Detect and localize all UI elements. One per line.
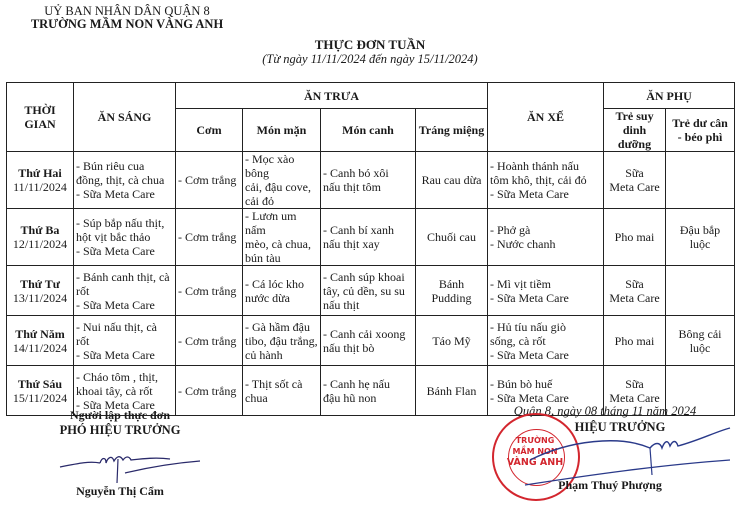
soup-cell: - Canh cải xoongnấu thịt bò <box>321 316 416 366</box>
overweight-cell: Bông cảiluộc <box>666 316 735 366</box>
afternoon-cell: - Phở gà- Nước chanh <box>488 209 604 266</box>
header-lunch: ĂN TRƯA <box>176 83 488 109</box>
table-row: Thứ Tư13/11/2024- Bánh canh thịt, càrốt-… <box>7 266 735 316</box>
malnourished-cell: SữaMeta Care <box>604 152 666 209</box>
header-dessert: Tráng miệng <box>416 109 488 152</box>
rice-cell: - Cơm trắng <box>176 209 243 266</box>
table-row: Thứ Hai11/11/2024- Bún riêu cuađồng, thị… <box>7 152 735 209</box>
header-afternoon: ĂN XẾ <box>488 83 604 152</box>
table-row: Thứ Ba12/11/2024- Súp bắp nấu thịt,hột v… <box>7 209 735 266</box>
breakfast-cell: - Bún riêu cuađồng, thịt, cà chua- Sữa M… <box>74 152 176 209</box>
date-range: (Từ ngày 11/11/2024 đến ngày 15/11/2024) <box>230 53 510 66</box>
header-main-dish: Món mặn <box>243 109 321 152</box>
dessert-cell: Rau cau dừa <box>416 152 488 209</box>
main-dish-cell: - Mọc xào bôngcải, đậu cove,cải đỏ <box>243 152 321 209</box>
day-cell: Thứ Hai11/11/2024 <box>7 152 74 209</box>
header-rice: Cơm <box>176 109 243 152</box>
breakfast-cell: - Bánh canh thịt, càrốt- Sữa Meta Care <box>74 266 176 316</box>
header-extra: ĂN PHỤ <box>604 83 735 109</box>
afternoon-cell: - Mì vịt tiềm- Sữa Meta Care <box>488 266 604 316</box>
weekly-menu-table: THỜIGIAN ĂN SÁNG ĂN TRƯA ĂN XẾ ĂN PHỤ Cơ… <box>6 82 735 416</box>
afternoon-cell: - Hủ tíu nấu giòsống, cà rốt- Sữa Meta C… <box>488 316 604 366</box>
overweight-cell: Đậu bắpluộc <box>666 209 735 266</box>
malnourished-cell: Pho mai <box>604 316 666 366</box>
main-dish-cell: - Cá lóc khonước dừa <box>243 266 321 316</box>
vice-principal-title: PHÓ HIỆU TRƯỞNG <box>40 423 200 437</box>
menu-author-label: Người lập thực đơn <box>40 408 200 422</box>
soup-cell: - Canh hẹ nấuđậu hũ non <box>321 366 416 416</box>
header-soup: Món canh <box>321 109 416 152</box>
breakfast-cell: - Nui nấu thịt, càrốt- Sữa Meta Care <box>74 316 176 366</box>
header-overweight: Trẻ dư cân- béo phì <box>666 109 735 152</box>
soup-cell: - Canh bí xanhnấu thịt xay <box>321 209 416 266</box>
main-dish-cell: - Lươn um nấmmèo, cà chua,bún tàu <box>243 209 321 266</box>
table-row: Thứ Năm14/11/2024- Nui nấu thịt, càrốt- … <box>7 316 735 366</box>
header-breakfast: ĂN SÁNG <box>74 83 176 152</box>
afternoon-cell: - Hoành thánh nấutôm khô, thịt, cải đỏ- … <box>488 152 604 209</box>
signature-left <box>55 445 205 485</box>
main-dish-cell: - Thịt sốt càchua <box>243 366 321 416</box>
principal-name: Phạm Thuý Phượng <box>510 478 710 492</box>
malnourished-cell: SữaMeta Care <box>604 266 666 316</box>
dessert-cell: Bánh Flan <box>416 366 488 416</box>
breakfast-cell: - Súp bắp nấu thịt,hột vịt bắc thảo- Sữa… <box>74 209 176 266</box>
rice-cell: - Cơm trắng <box>176 152 243 209</box>
day-cell: Thứ Ba12/11/2024 <box>7 209 74 266</box>
malnourished-cell: Pho mai <box>604 209 666 266</box>
dessert-cell: Chuối cau <box>416 209 488 266</box>
overweight-cell <box>666 266 735 316</box>
header-malnourished: Trẻ suydinh dưỡng <box>604 109 666 152</box>
header-time: THỜIGIAN <box>7 83 74 152</box>
main-dish-cell: - Gà hầm đậutibo, đậu trắng,củ hành <box>243 316 321 366</box>
vice-principal-name: Nguyễn Thị Cẩm <box>40 484 200 498</box>
soup-cell: - Canh bó xôinấu thịt tôm <box>321 152 416 209</box>
day-cell: Thứ Năm14/11/2024 <box>7 316 74 366</box>
dessert-cell: Táo Mỹ <box>416 316 488 366</box>
overweight-cell <box>666 152 735 209</box>
dessert-cell: BánhPudding <box>416 266 488 316</box>
day-cell: Thứ Tư13/11/2024 <box>7 266 74 316</box>
rice-cell: - Cơm trắng <box>176 266 243 316</box>
rice-cell: - Cơm trắng <box>176 316 243 366</box>
page-title: THỰC ĐƠN TUẦN <box>230 38 510 51</box>
soup-cell: - Canh súp khoaitây, củ dền, su sunấu th… <box>321 266 416 316</box>
school-name: TRƯỜNG MẦM NON VÀNG ANH <box>22 18 232 31</box>
